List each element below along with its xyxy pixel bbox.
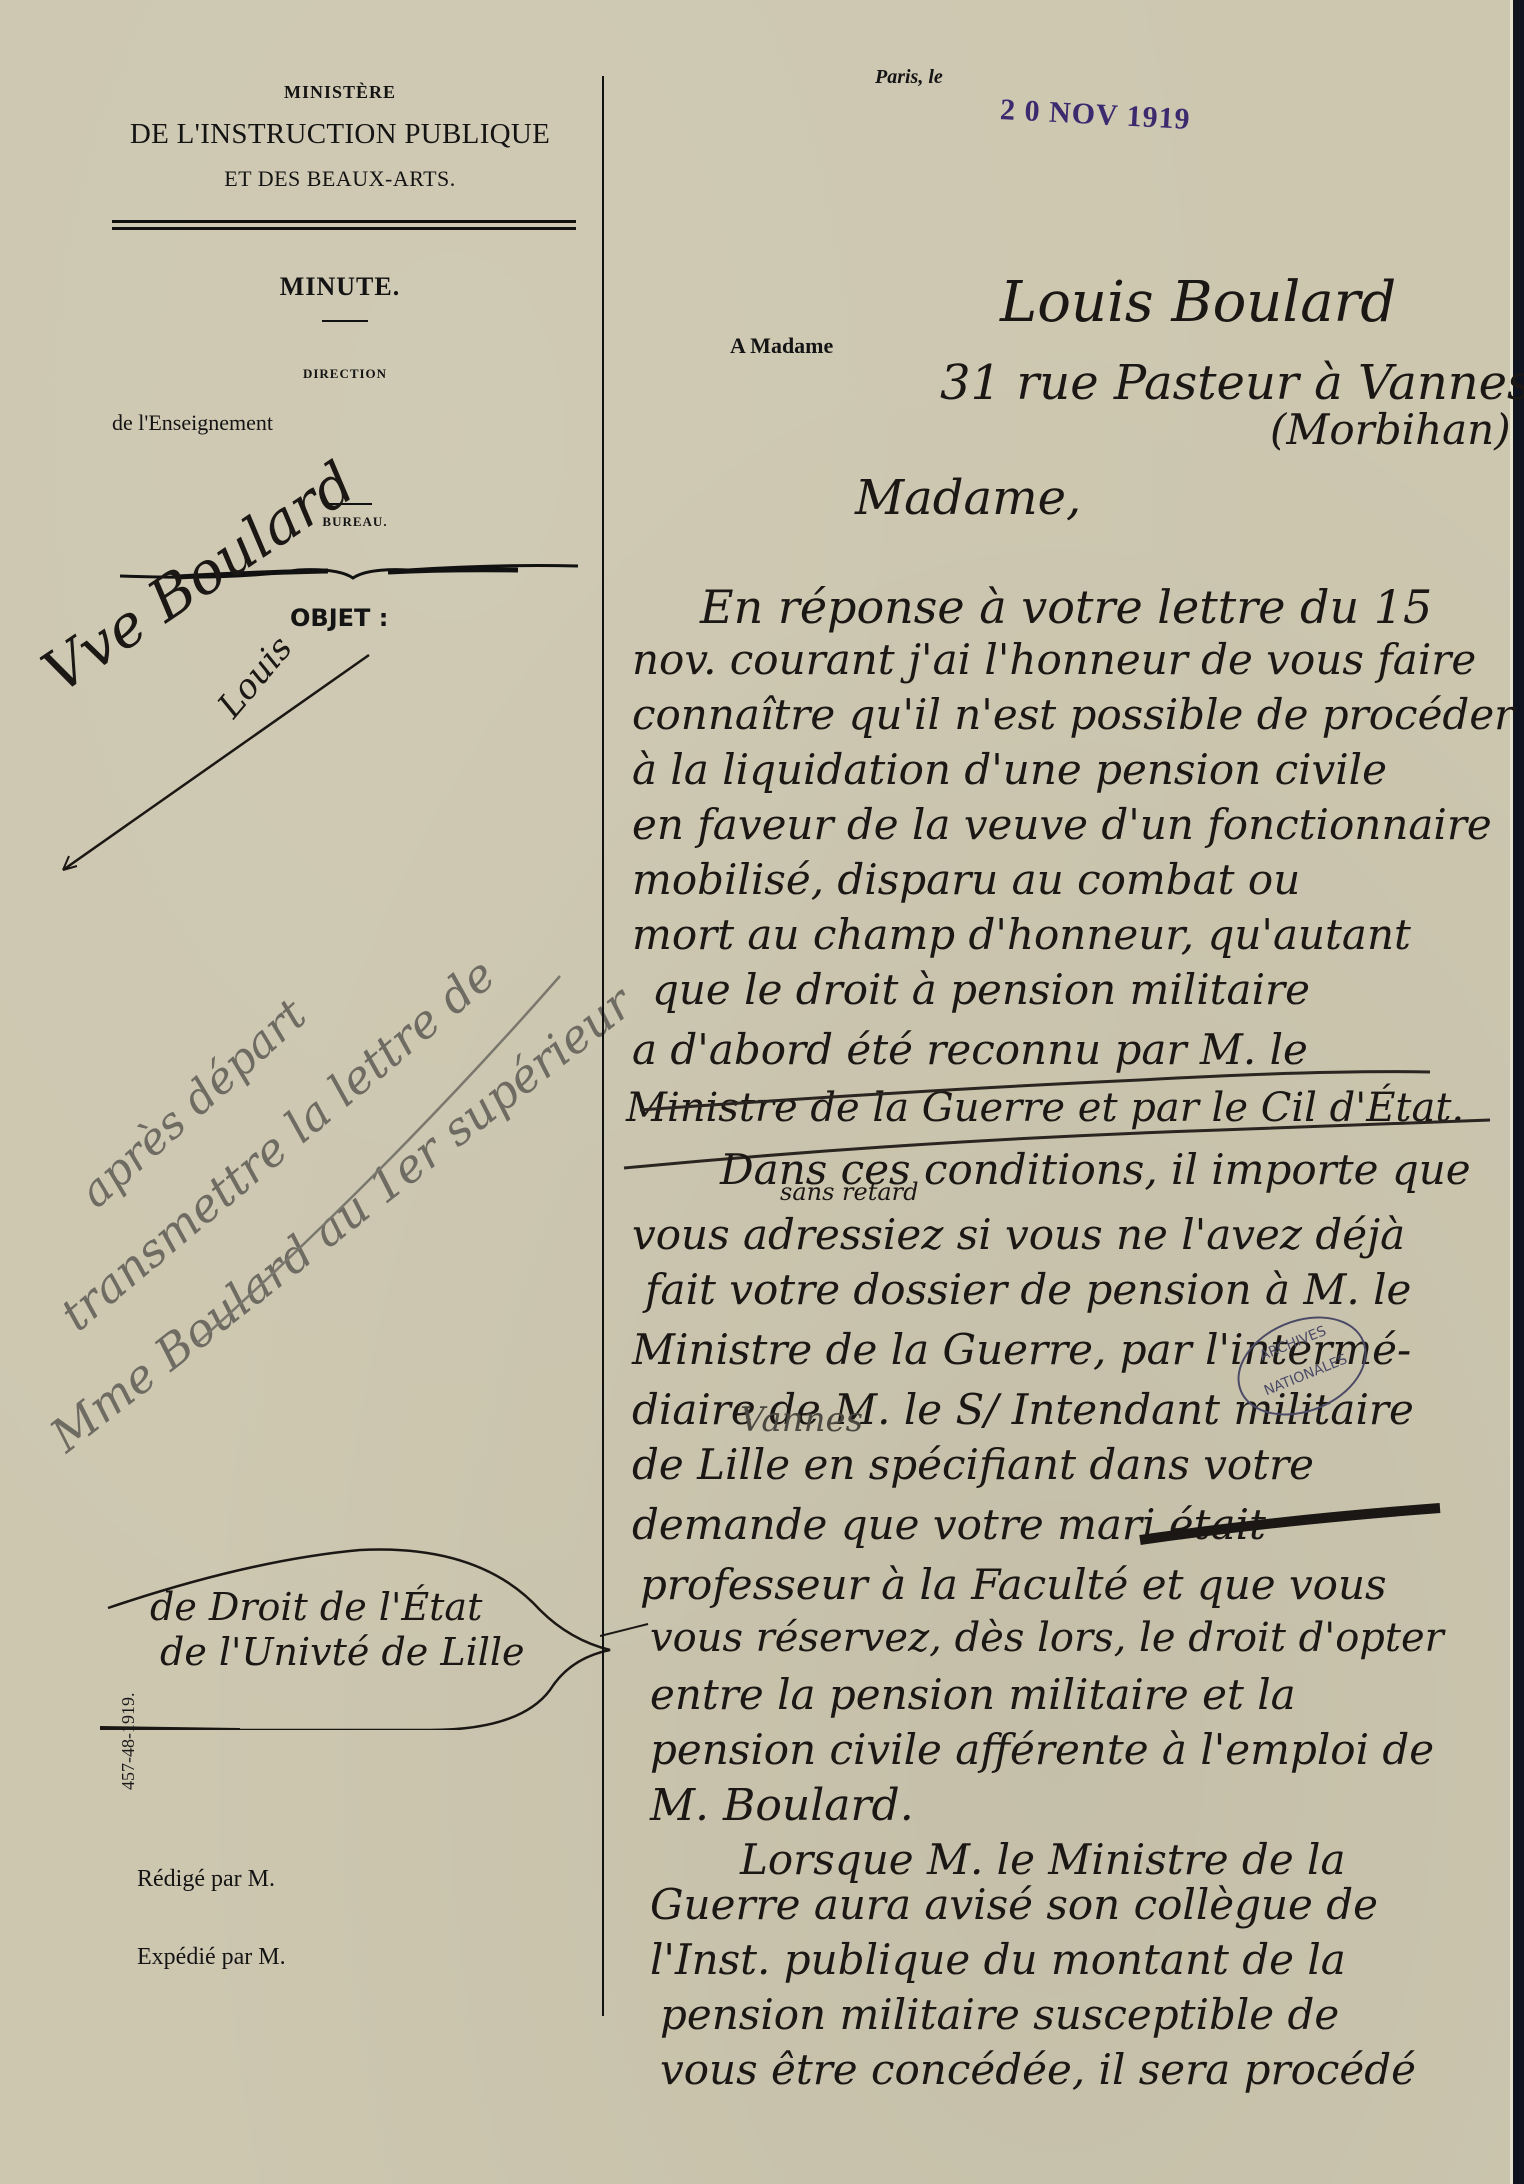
body-line: nov. courant j'ai l'honneur de vous fair… <box>632 635 1476 684</box>
margin-note-connector <box>600 1620 650 1640</box>
header-double-rule-top <box>112 220 576 223</box>
reference-number: 457-48-1919. <box>118 1693 139 1791</box>
body-line: Guerre aura avisé son collègue de <box>650 1880 1378 1929</box>
ministry-line-1: MINISTÈRE <box>80 82 600 103</box>
body-line: vous réservez, dès lors, le droit d'opte… <box>650 1615 1444 1661</box>
body-line: vous être concédée, il sera procédé <box>660 2045 1416 2094</box>
body-line: vous adressiez si vous ne l'avez déjà <box>632 1210 1405 1259</box>
redige-par-label: Rédigé par M. <box>137 1866 275 1893</box>
body-line: l'Inst. publique du montant de la <box>650 1935 1346 1984</box>
body-line: de Lille en spécifiant dans votre <box>632 1440 1314 1489</box>
body-line: En réponse à votre lettre du 15 <box>700 580 1432 634</box>
insertion-vannes: Vannes <box>740 1400 863 1440</box>
expedie-par-label: Expédié par M. <box>137 1944 286 1971</box>
column-divider <box>602 76 604 2016</box>
address-name: Louis Boulard <box>1000 270 1396 335</box>
body-line: entre la pension militaire et la <box>650 1670 1296 1719</box>
body-line: en faveur de la veuve d'un fonctionnaire <box>632 800 1492 849</box>
address-street: 31 rue Pasteur à Vannes <box>940 355 1524 411</box>
date-place: Paris, le <box>875 66 943 89</box>
body-line: mobilisé, disparu au combat ou <box>632 855 1300 904</box>
body-line: connaître qu'il n'est possible de procéd… <box>632 690 1514 739</box>
header-double-rule-bottom <box>112 227 576 230</box>
strikethrough-scribble <box>1130 1500 1450 1550</box>
body-line: Lorsque M. le Ministre de la <box>740 1835 1346 1884</box>
body-line: à la liquidation d'une pension civile <box>632 745 1387 794</box>
direction-label: DIRECTION <box>240 366 450 382</box>
insertion-sans-retard: sans retard <box>780 1178 919 1206</box>
minute-title: MINUTE. <box>200 272 480 302</box>
body-line: pension militaire susceptible de <box>660 1990 1339 2039</box>
direction-value: de l'Enseignement <box>112 410 273 436</box>
body-line: que le droit à pension militaire <box>652 965 1310 1014</box>
ministry-line-3: ET DES BEAUX-ARTS. <box>80 166 600 192</box>
body-line: professeur à la Faculté et que vous <box>640 1560 1387 1609</box>
pencil-underline <box>190 970 570 1350</box>
objet-label: OBJET : <box>290 604 388 632</box>
address-region: (Morbihan) <box>1270 405 1511 454</box>
body-line: M. Boulard. <box>650 1780 914 1831</box>
margin-note-line-1: de Droit de l'État <box>150 1585 482 1629</box>
ministry-line-2: DE L'INSTRUCTION PUBLIQUE <box>80 118 600 151</box>
body-line: fait votre dossier de pension à M. le <box>645 1265 1411 1314</box>
body-line: mort au champ d'honneur, qu'autant <box>632 910 1411 959</box>
objet-arrow <box>55 650 385 880</box>
minute-rule <box>322 320 368 322</box>
page-edge <box>1510 0 1513 2184</box>
salutation: Madame, <box>855 470 1081 526</box>
margin-note-line-2: de l'Univté de Lille <box>160 1630 525 1674</box>
body-line: pension civile afférente à l'emploi de <box>650 1725 1434 1774</box>
address-prefix: A Madame <box>730 333 833 359</box>
